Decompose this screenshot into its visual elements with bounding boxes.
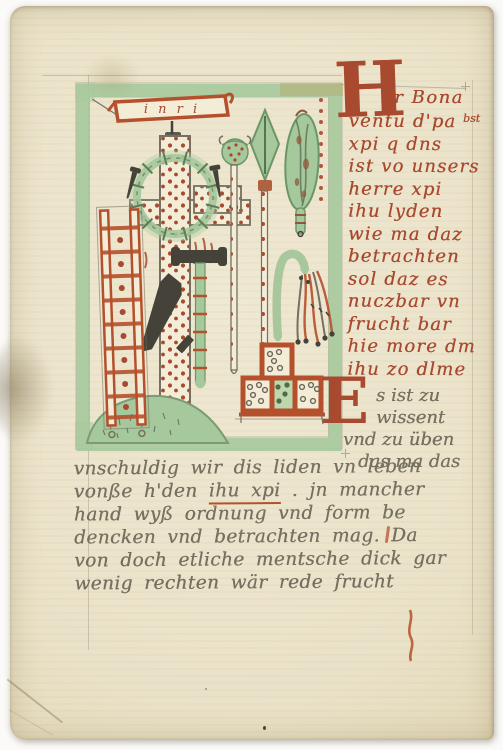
- frame-dot-chain: [319, 98, 323, 201]
- red-text-line: frucht bar: [348, 313, 502, 336]
- titulus-banner: i n r i: [92, 94, 232, 138]
- red-text-line: herre xpi: [348, 178, 502, 201]
- gray-text-line: s ist zu: [376, 385, 503, 407]
- red-text-line: ihu zo dlme: [347, 358, 501, 381]
- bottom-text-block: vnschuldig wir dis liden vn leben vonße …: [74, 455, 501, 596]
- gray-text-line: vnschuldig wir dis liden vn leben: [74, 455, 500, 481]
- ink-speck: [263, 726, 266, 730]
- dice: [235, 345, 329, 424]
- ink-speck: [205, 688, 207, 690]
- initial-e: E: [320, 370, 369, 434]
- gray-text-line: vonße h'den ihu xpi . jn mancher: [74, 478, 500, 504]
- birch-bundle: [283, 111, 321, 237]
- red-text-line: wie ma daz: [348, 223, 502, 246]
- titulus-letters: i n r i: [144, 102, 200, 117]
- rubric-column: ventu d'pa xpi q dns ist vo unsers herre…: [347, 111, 502, 382]
- miniature-panel: i n r i: [75, 82, 345, 452]
- red-text-line: hie more dm: [347, 336, 501, 359]
- manuscript-photo: i n r i: [0, 0, 503, 750]
- red-text-line: ventu d'pa: [349, 111, 503, 134]
- gray-text-line: wissent: [376, 407, 503, 429]
- scourge: [277, 254, 335, 347]
- gray-text-line: hand wyß ordnung vnd form be: [74, 501, 500, 527]
- gray-text-line: von doch etliche mentsche dick gar: [74, 547, 500, 573]
- red-text-line: betrachten: [348, 246, 502, 269]
- rubricated-segment: ihu xpi: [209, 480, 281, 504]
- red-text-line: sol daz es: [348, 268, 502, 291]
- line-segment: vonße h'den: [74, 481, 209, 503]
- gray-text-line: dencken vnd betrachten mag. Da: [74, 524, 500, 550]
- parchment-stain: [0, 333, 54, 445]
- red-text-line: xpi q dns: [348, 133, 502, 156]
- gray-text-line: wenig rechten wär rede frucht: [74, 570, 500, 596]
- red-text-line: ist vo unsers: [348, 156, 502, 179]
- red-text-line: ihu lyden: [348, 201, 502, 224]
- red-text-line: nuczbar vn: [348, 291, 502, 314]
- corner-crease: [7, 679, 63, 723]
- red-text-line: er Bona: [382, 87, 464, 108]
- parchment-smudge: [84, 54, 140, 100]
- margin-red-mark: [404, 608, 418, 664]
- gray-text-line: vnd zu üben: [343, 429, 503, 451]
- line-segment: . jn mancher: [280, 479, 424, 501]
- corner-crease: [9, 710, 53, 736]
